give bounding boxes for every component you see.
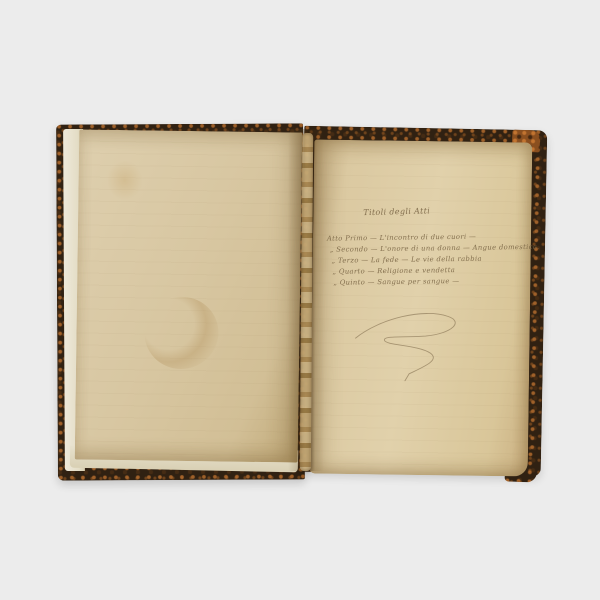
- manuscript-line-act-4: „ Quarto — Religione e vendetta: [332, 266, 455, 276]
- manuscript-line-act-1: Atto Primo — L'incontro di due cuori —: [327, 233, 476, 243]
- manuscript-line-act-5: „ Quinto — Sangue per sangue —: [333, 277, 459, 287]
- left-page: [75, 129, 303, 462]
- manuscript-title: Titoli degli Atti: [363, 206, 430, 217]
- right-page: Titoli degli Atti Atto Primo — L'incontr…: [310, 139, 533, 476]
- page-stain-crescent: [137, 289, 226, 377]
- manuscript-line-act-2: „ Secondo — L'onore di una donna — Angue…: [330, 243, 540, 254]
- pen-flourish-icon: [351, 302, 470, 386]
- manuscript-line-act-3: „ Terzo — La fede — Le vie della rabbia: [332, 255, 482, 265]
- photo-backdrop: Titoli degli Atti Atto Primo — L'incontr…: [0, 0, 600, 600]
- page-stain-small: [106, 160, 143, 200]
- torn-page-stubs: [300, 133, 313, 471]
